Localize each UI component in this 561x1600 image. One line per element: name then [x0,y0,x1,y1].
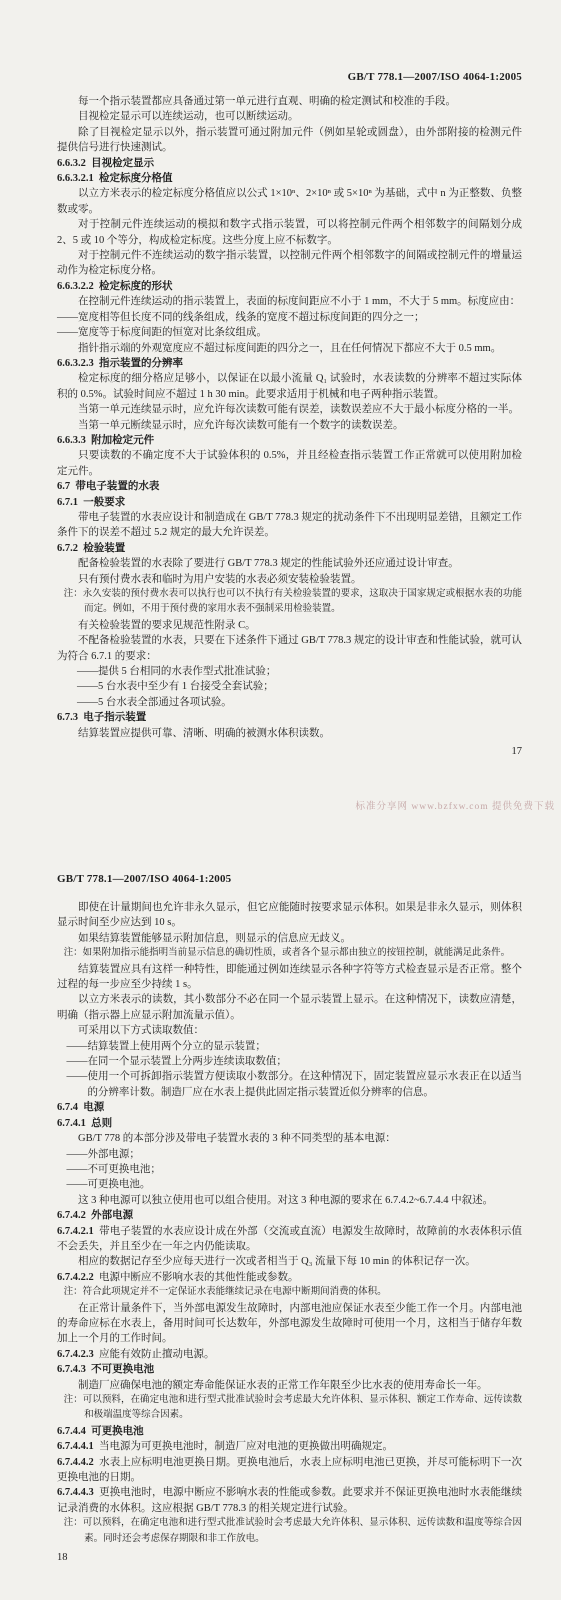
clause-number: 6.6.3.2.1 [57,173,99,184]
section-heading: 6.6.3.2.3 指示装置的分辨率 [57,356,522,371]
clause-number: 6.7.4.4.3 [57,1487,99,1498]
section-heading: 6.7.2 检验装置 [57,541,522,556]
paragraph: 对于控制元件连续运动的模拟和数字式指示装置，可以将控制元件两个相邻数字的间隔划分… [57,217,522,248]
page-17-body: 每一个指示装置都应具备通过第一单元进行直观、明确的检定测试和校准的手段。目视检定… [57,94,522,741]
dash-list-item: ——宽度相等但长度不同的线条组成，线条的宽度不超过标度间距的四分之一； [57,310,522,325]
section-heading: 6.7.4.1 总则 [57,1116,522,1131]
dash-list-item: ——5 台水表中至少有 1 台接受全套试验； [77,679,522,694]
clause-paragraph: 6.7.4.4.2 水表上应标明电池更换日期。更换电池后，水表上应标明电池已更换… [57,1455,522,1486]
page-number: 18 [57,1552,522,1563]
paragraph: 只有预付费水表和临时为用户安装的水表必须安装检验装置。 [57,572,522,587]
dash-list-item: ——不可更换电池； [66,1162,522,1177]
clause-number: 6.7.4.3 [57,1364,91,1375]
section-heading: 6.7.4.4 可更换电池 [57,1424,522,1439]
clause-number: 6.6.3.2 [57,158,91,169]
section-heading: 6.7.4.3 不可更换电池 [57,1362,522,1377]
clause-number: 6.7.3 [57,712,83,723]
paragraph: 每一个指示装置都应具备通过第一单元进行直观、明确的检定测试和校准的手段。 [57,94,522,109]
paragraph: 只要读数的不确定度不大于试验体积的 0.5%，并且经检查指示装置工作正常就可以使… [57,448,522,479]
clause-paragraph: 6.7.4.2.1 带电子装置的水表应设计成在外部（交流或直流）电源发生故障时，… [57,1224,522,1255]
paragraph: 制造厂应确保电池的额定寿命能保证水表的正常工作年限至少比水表的使用寿命长一年。 [57,1378,522,1393]
note: 注：符合此项规定并不一定保证水表能继续记录在电源中断期间消费的体积。 [64,1285,522,1300]
section-heading: 6.7 带电子装置的水表 [57,479,522,494]
clause-number: 6.7.4.2.2 [57,1272,99,1283]
paragraph: 当第一单元断续显示时，应允许每次读数可能有一个数字的读数误差。 [57,418,522,433]
paragraph: 相应的数据记存至少应每天进行一次或者相当于 Q₃ 流量下每 10 min 的体积… [57,1254,522,1269]
dash-list-item: ——在同一个显示装置上分两步连续读取数值； [66,1054,522,1069]
clause-number: 6.7.4 [57,1102,83,1113]
clause-number: 6.7.4.2.1 [57,1226,99,1237]
section-heading: 6.7.1 一般要求 [57,495,522,510]
paragraph: 以立方米表示的检定标度分格值应以公式 1×10ⁿ、2×10ⁿ 或 5×10ⁿ 为… [57,186,522,217]
section-heading: 6.6.3.2 目视检定显示 [57,156,522,171]
dash-list-item: ——5 台水表全部通过各项试验。 [77,695,522,710]
page-18-body: 即使在计量期间也允许非永久显示，但它应能随时按要求显示体积。如果是非永久显示，则… [57,900,522,1547]
paragraph: 在正常计量条件下，当外部电源发生故障时，内部电池应保证水表至少能工作一个月。内部… [57,1301,522,1347]
standard-code-header: GB/T 778.1—2007/ISO 4064-1:2005 [57,872,522,886]
paragraph: 带电子装置的水表应设计和制造成在 GB/T 778.3 规定的扰动条件下不出现明… [57,510,522,541]
section-heading: 6.6.3.2.2 检定标度的形状 [57,279,522,294]
clause-number: 6.7.2 [57,543,83,554]
clause-number: 6.7.4.4 [57,1426,91,1437]
clause-number: 6.7.1 [57,497,83,508]
note: 注：如果附加指示能指明当前显示信息的确切性质，或者各个显示都由独立的按钮控制，就… [64,946,522,961]
clause-number: 6.7.4.1 [57,1118,91,1129]
dash-list-item: ——提供 5 台相同的水表作型式批准试验； [77,664,522,679]
paragraph: 在控制元件连续运动的指示装置上，表面的标度间距应不小于 1 mm，不大于 5 m… [57,294,522,309]
paragraph: 以立方米表示的读数，其小数部分不必在同一个显示装置上显示。在这种情况下，读数应清… [57,992,522,1023]
note: 注：永久安装的预付费水表可以执行也可以不执行有关检验装置的要求，这取决于国家规定… [64,587,522,618]
section-heading: 6.6.3.2.1 检定标度分格值 [57,171,522,186]
paragraph: 可采用以下方式读取数值： [57,1023,522,1038]
paragraph: 当第一单元连续显示时，应允许每次读数可能有误差，读数误差应不大于最小标度分格的一… [57,402,522,417]
paragraph: 结算装置应提供可靠、清晰、明确的被测水体积读数。 [57,726,522,741]
dash-list-item: ——宽度等于标度间距的恒宽对比条纹组成。 [57,325,522,340]
standard-code-header: GB/T 778.1—2007/ISO 4064-1:2005 [57,70,522,84]
clause-paragraph: 6.7.4.4.1 当电源为可更换电池时，制造厂应对电池的更换做出明确规定。 [57,1439,522,1454]
paragraph: 结算装置应具有这样一种特性，即能通过例如连续显示各种字符等方式检查显示是否正常。… [57,962,522,993]
clause-number: 6.6.3.2.2 [57,281,99,292]
clause-number: 6.7.4.4.1 [57,1441,99,1452]
page-17: GB/T 778.1—2007/ISO 4064-1:2005 每一个指示装置都… [57,70,522,757]
clause-paragraph: 6.7.4.2.2 电源中断应不影响水表的其他性能或参数。 [57,1270,522,1285]
paragraph: 即使在计量期间也允许非永久显示，但它应能随时按要求显示体积。如果是非永久显示，则… [57,900,522,931]
page-18: GB/T 778.1—2007/ISO 4064-1:2005 即使在计量期间也… [57,872,522,1563]
clause-number: 6.6.3.2.3 [57,358,99,369]
paragraph: GB/T 778 的本部分涉及带电子装置水表的 3 种不同类型的基本电源： [57,1131,522,1146]
paragraph: 检定标度的细分格应足够小，以保证在以最小流量 Q₁ 试验时，水表读数的分辨率不超… [57,371,522,402]
clause-paragraph: 6.7.4.2.3 应能有效防止擅动电源。 [57,1347,522,1362]
paragraph: 指针指示端的外观宽度应不超过标度间距的四分之一，且在任何情况下都应不大于 0.5… [57,341,522,356]
section-heading: 6.6.3.3 附加检定元件 [57,433,522,448]
paragraph: 不配备检验装置的水表，只要在下述条件下通过 GB/T 778.3 规定的设计审查… [57,633,522,664]
note: 注：可以预料，在确定电池和进行型式批准试验时会考虑最大允许体积、显示体积、远传读… [64,1516,522,1547]
paragraph: 如果结算装置能够显示附加信息，则显示的信息应无歧义。 [57,931,522,946]
watermark-text: 标准分享网 www.bzfxw.com 提供免费下载 [0,798,555,812]
section-heading: 6.7.4.2 外部电源 [57,1208,522,1223]
paragraph: 目视检定显示可以连续运动，也可以断续运动。 [57,109,522,124]
clause-number: 6.7.4.2.3 [57,1349,99,1360]
section-heading: 6.7.4 电源 [57,1100,522,1115]
clause-number: 6.7 [57,481,75,492]
dash-list-item: ——外部电源； [66,1147,522,1162]
dash-list-item: ——可更换电池。 [66,1177,522,1192]
clause-number: 6.6.3.3 [57,435,91,446]
dash-list-item: ——结算装置上使用两个分立的显示装置； [66,1039,522,1054]
clause-number: 6.7.4.4.2 [57,1457,99,1468]
page-number: 17 [57,746,522,757]
paragraph: 有关检验装置的要求见规范性附录 C。 [57,618,522,633]
section-heading: 6.7.3 电子指示装置 [57,710,522,725]
clause-paragraph: 6.7.4.4.3 更换电池时，电源中断应不影响水表的性能或参数。此要求并不保证… [57,1485,522,1516]
paragraph: 配备检验装置的水表除了要进行 GB/T 778.3 规定的性能试验外还应通过设计… [57,556,522,571]
dash-list-item: ——使用一个可拆卸指示装置方便读取小数部分。在这种情况下，固定装置应显示水表正在… [66,1069,522,1100]
paragraph: 这 3 种电源可以独立使用也可以组合使用。对这 3 种电源的要求在 6.7.4.… [57,1193,522,1208]
paragraph: 除了目视检定显示以外，指示装置可通过附加元件（例如星轮或圆盘），由外部附接的检测… [57,125,522,156]
note: 注：可以预料，在确定电池和进行型式批准试验时会考虑最大允许体积、显示体积、额定工… [64,1393,522,1424]
paragraph: 对于控制元件不连续运动的数字指示装置，以控制元件两个相邻数字的间隔或控制元件的增… [57,248,522,279]
clause-number: 6.7.4.2 [57,1210,91,1221]
